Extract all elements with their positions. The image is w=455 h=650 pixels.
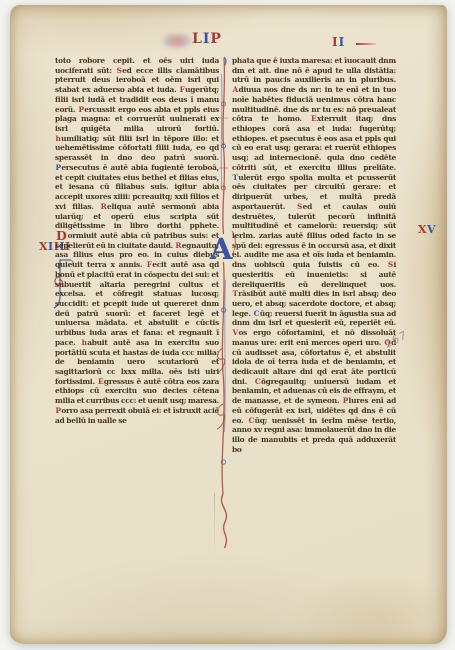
rubricated-letter: I bbox=[203, 31, 211, 47]
gutter-crease-line bbox=[214, 493, 215, 559]
manuscript-text-run: os ergo cōfortamini, et nō dissoluāt man… bbox=[232, 328, 396, 347]
top-edge-marks: · · · bbox=[213, 5, 238, 12]
manuscript-text-run: orro asa perrexit obuiā ei: et īstruxit … bbox=[55, 406, 219, 425]
gutter-penwork-bar-ornament: A bbox=[208, 48, 240, 548]
manuscript-leaf: · · · LIP II XIIII XV toto robore cepit.… bbox=[10, 5, 447, 644]
rubricated-letter: L bbox=[192, 31, 203, 47]
rubricated-capital: R bbox=[100, 202, 107, 211]
text-column-left: toto robore cepit. et oēs uiri iuda uoci… bbox=[55, 56, 219, 502]
header-flourish-dash bbox=[356, 43, 376, 45]
manuscript-text-run: ecit autē asa qd bonū et placitū erat in… bbox=[55, 260, 219, 347]
text-column-right: phata que ē iuxta maresa: et īuocauit dn… bbox=[232, 56, 396, 502]
rubricated-capital: C bbox=[248, 416, 255, 425]
rubricated-letter: I bbox=[339, 35, 346, 49]
running-header-left: LIP bbox=[192, 31, 222, 47]
manuscript-text-run: umiliatiq; sūt filii isrl in tēpore illo… bbox=[55, 134, 219, 162]
header-erasure-smudge bbox=[162, 33, 192, 49]
rubricated-letter: P bbox=[210, 31, 222, 47]
rubricated-letter: X bbox=[418, 223, 427, 236]
photo-background: · · · LIP II XIIII XV toto robore cepit.… bbox=[0, 0, 455, 650]
manuscript-text-run: phata que ē iuxta maresa: et īuocauit dn… bbox=[232, 56, 396, 84]
chapter-initial-a: A bbox=[209, 232, 233, 266]
rubricated-letter: X bbox=[39, 240, 48, 253]
chapter-number-xv: XV bbox=[418, 223, 436, 236]
rubricated-capital: R bbox=[175, 241, 182, 250]
manuscript-text-run: ūq; uenissēt in ierlm mēse tertio, anno … bbox=[232, 416, 396, 454]
rubricated-letter: I bbox=[332, 35, 339, 49]
running-header-right: II bbox=[332, 35, 345, 49]
rubricated-letter: V bbox=[427, 223, 436, 236]
rubricated-capital: C bbox=[253, 309, 260, 318]
rubricated-capital: C bbox=[254, 377, 261, 386]
